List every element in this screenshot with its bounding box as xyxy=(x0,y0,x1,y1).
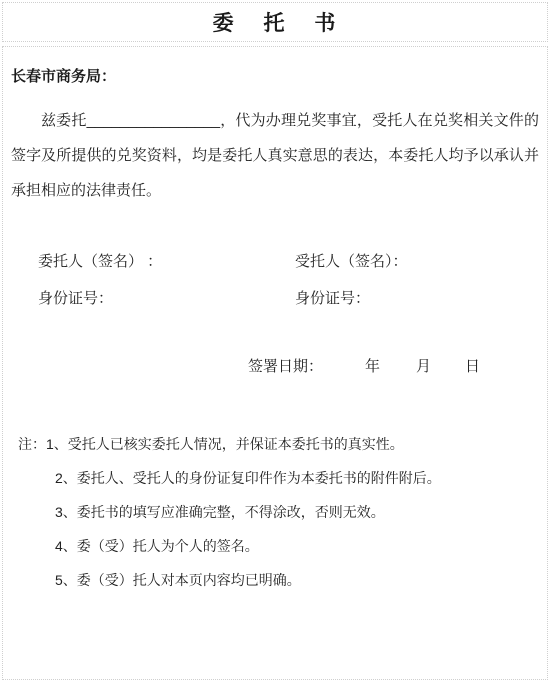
signing-date-label: 签署日期： xyxy=(248,358,323,375)
title-box: 委 托 书 xyxy=(2,2,548,42)
document-body: 长春市商务局： 兹委托________________，代为办理兑奖事宜，受托人… xyxy=(2,46,548,680)
trustee-id-label: 身份证号： xyxy=(295,289,539,309)
authorization-paragraph: 兹委托________________，代为办理兑奖事宜，受托人在兑奖相关文件的… xyxy=(11,103,539,208)
note-item-5: 5、委（受）托人对本页内容均已明确。 xyxy=(11,563,539,597)
principal-id-label: 身份证号： xyxy=(38,289,295,309)
principal-signature-label: 委托人（签名） ： xyxy=(38,252,295,272)
trustee-name-blank: ________________ xyxy=(87,112,220,129)
id-number-row: 身份证号： 身份证号： xyxy=(11,289,539,309)
date-year-label: 年 xyxy=(365,358,380,375)
date-month-label: 月 xyxy=(416,358,431,375)
paragraph-lead: 兹委托 xyxy=(41,112,87,129)
note-item-1: 注：1、受托人已核实委托人情况，并保证本委托书的真实性。 xyxy=(11,427,539,461)
note-item-3: 3、委托书的填写应准确完整，不得涂改，否则无效。 xyxy=(11,495,539,529)
trustee-signature-label: 受托人（签名）： xyxy=(295,252,539,272)
document-title: 委 托 书 xyxy=(213,7,338,37)
note-item-4: 4、委（受）托人为个人的签名。 xyxy=(11,529,539,563)
recipient-heading: 长春市商务局： xyxy=(11,67,539,87)
date-day-label: 日 xyxy=(465,358,480,375)
signature-row: 委托人（签名） ： 受托人（签名）： xyxy=(11,252,539,272)
notes-section: 注：1、受托人已核实委托人情况，并保证本委托书的真实性。 2、委托人、受托人的身… xyxy=(11,427,539,597)
signing-date-row: 签署日期：年月日 xyxy=(11,357,539,377)
document-page: 委 托 书 长春市商务局： 兹委托________________，代为办理兑奖… xyxy=(0,2,550,682)
notes-label: 注： xyxy=(18,436,46,452)
note-item-2: 2、委托人、受托人的身份证复印件作为本委托书的附件附后。 xyxy=(11,461,539,495)
note-text-1: 1、受托人已核实委托人情况，并保证本委托书的真实性。 xyxy=(46,436,404,452)
